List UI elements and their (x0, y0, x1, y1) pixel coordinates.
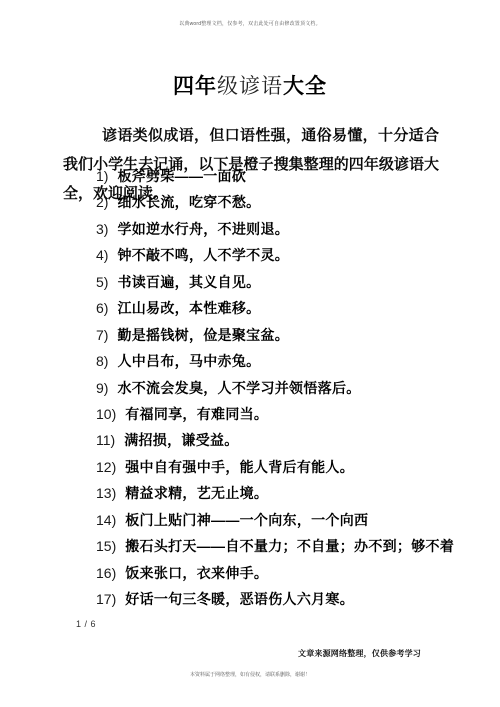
list-item: 2)细水长流，吃穿不愁。 (96, 189, 466, 215)
list-item-number: 12) (96, 454, 116, 480)
list-item-text: 细水长流，吃穿不愁。 (117, 194, 260, 210)
list-item-number: 2) (96, 189, 108, 215)
list-item-text: 强中自有强中手，能人背后有能人。 (125, 459, 354, 475)
bottom-disclaimer-note: 本资料属于网络整理，如有侵权，请联系删除，谢谢！ (0, 672, 500, 679)
list-item-text: 书读百遍，其义自见。 (117, 274, 260, 290)
page-number: 1 / 6 (76, 619, 96, 629)
list-item-number: 9) (96, 375, 108, 401)
list-item: 6)江山易改，本性难移。 (96, 295, 466, 321)
list-item: 8)人中吕布，马中赤兔。 (96, 348, 466, 374)
list-item-text: 有福同享，有难同当。 (125, 406, 268, 422)
list-item-number: 8) (96, 348, 108, 374)
proverb-list: 1)板斧劈柴——一面砍 2)细水长流，吃穿不愁。 3)学如逆水行舟，不进则退。 … (96, 163, 466, 612)
footer-source-note: 文章来源网络整理，仅供参考学习 (298, 648, 421, 659)
list-item-text: 搬石头打天——自不量力；不自量；办不到；够不着 (125, 538, 454, 554)
list-item: 11)满招损，谦受益。 (96, 427, 466, 453)
document-page: 以典word整理文档，仅参考，双击此处可自由修改置顶文档。 四年级谚语大全 谚语… (0, 0, 500, 707)
list-item-text: 饭来张口，衣来伸手。 (125, 565, 268, 581)
list-item-number: 6) (96, 295, 108, 321)
list-item-text: 板斧劈柴——一面砍 (117, 168, 246, 184)
list-item-number: 11) (96, 427, 115, 453)
title-segment: 四年 (173, 75, 217, 98)
list-item: 13)精益求精，艺无止境。 (96, 480, 466, 506)
list-item-text: 水不流会发臭，人不学习并领悟落后。 (117, 380, 360, 396)
list-item-text: 学如逆水行舟，不进则退。 (117, 221, 289, 237)
list-item-text: 满招损，谦受益。 (124, 432, 238, 448)
list-item-number: 14) (96, 507, 116, 533)
list-item-number: 15) (96, 533, 116, 559)
list-item: 9)水不流会发臭，人不学习并领悟落后。 (96, 375, 466, 401)
list-item: 17)好话一句三冬暖，恶语伤人六月寒。 (96, 586, 466, 612)
list-item: 14)板门上贴门神——一个向东，一个向西 (96, 507, 466, 533)
list-item-number: 13) (96, 480, 116, 506)
page-title: 四年级谚语大全 (0, 72, 500, 102)
list-item-number: 7) (96, 322, 108, 348)
list-item-text: 江山易改，本性难移。 (117, 300, 260, 316)
list-item-number: 17) (96, 586, 116, 612)
list-item-number: 3) (96, 216, 108, 242)
list-item: 5)书读百遍，其义自见。 (96, 269, 466, 295)
list-item: 10)有福同享，有难同当。 (96, 401, 466, 427)
title-segment: 级谚语 (217, 75, 283, 98)
list-item-text: 钟不敲不鸣，人不学不灵。 (117, 247, 289, 263)
header-watermark-note: 以典word整理文档，仅参考，双击此处可自由修改置顶文档。 (0, 21, 500, 28)
list-item-number: 5) (96, 269, 108, 295)
list-item-text: 勤是摇钱树，俭是聚宝盆。 (117, 327, 289, 343)
list-item-text: 好话一句三冬暖，恶语伤人六月寒。 (125, 591, 354, 607)
list-item: 16)饭来张口，衣来伸手。 (96, 560, 466, 586)
list-item: 1)板斧劈柴——一面砍 (96, 163, 466, 189)
list-item: 7)勤是摇钱树，俭是聚宝盆。 (96, 322, 466, 348)
list-item: 3)学如逆水行舟，不进则退。 (96, 216, 466, 242)
list-item-number: 1) (96, 163, 108, 189)
list-item: 12)强中自有强中手，能人背后有能人。 (96, 454, 466, 480)
list-item-text: 板门上贴门神——一个向东，一个向西 (125, 512, 368, 528)
list-item: 4)钟不敲不鸣，人不学不灵。 (96, 242, 466, 268)
list-item: 15)搬石头打天——自不量力；不自量；办不到；够不着 (96, 533, 466, 559)
title-segment: 大全 (283, 75, 327, 98)
list-item-text: 人中吕布，马中赤兔。 (117, 353, 260, 369)
list-item-number: 10) (96, 401, 116, 427)
list-item-number: 16) (96, 560, 116, 586)
list-item-text: 精益求精，艺无止境。 (125, 485, 268, 501)
list-item-number: 4) (96, 242, 108, 268)
